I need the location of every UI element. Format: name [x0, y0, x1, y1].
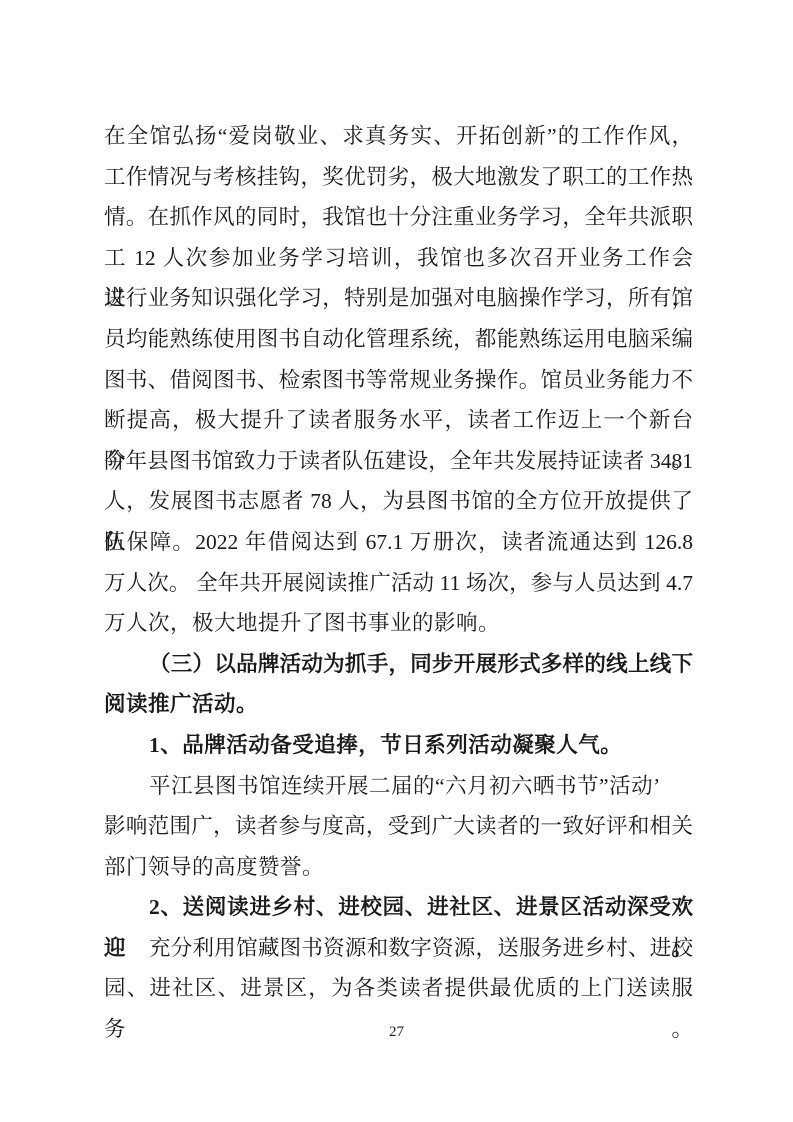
- text-line: 工作情况与考核挂钩，奖优罚劣，极大地激发了职工的工作热: [104, 157, 693, 198]
- text-line: 今年县图书馆致力于读者队伍建设，全年共发展持证读者 3481: [104, 441, 693, 482]
- text-line: 断提高，极大提升了读者服务水平，读者工作迈上一个新台阶。: [104, 400, 693, 441]
- text-line: 充分利用馆藏图书资源和数字资源，送服务进乡村、进校: [104, 928, 693, 969]
- page-number: 27: [0, 1024, 793, 1041]
- document-page: 在全馆弘扬“爱岗敬业、求真务实、开拓创新”的工作作风，工作情况与考核挂钩，奖优罚…: [0, 0, 793, 1122]
- text-line: 进行业务知识强化学习，特别是加强对电脑操作学习，所有馆: [104, 278, 693, 319]
- text-line: 图书、借阅图书、检索图书等常规业务操作。馆员业务能力不: [104, 360, 693, 401]
- text-line: 园、进社区、进景区，为各类读者提供最优质的上门送读服务。: [104, 968, 693, 1009]
- text-line: 2、送阅读进乡村、进校园、进社区、进景区活动深受欢迎。: [104, 887, 693, 928]
- text-line: 伍保障。2022 年借阅达到 67.1 万册次，读者流通达到 126.8: [104, 522, 693, 563]
- text-line: 部门领导的高度赞誉。: [104, 847, 693, 888]
- text-line: 平江县图书馆连续开展二届的“六月初六晒书节”活动’: [104, 766, 693, 807]
- text-line: 万人次，极大地提升了图书事业的影响。: [104, 603, 693, 644]
- text-line: 影响范围广，读者参与度高，受到广大读者的一致好评和相关: [104, 806, 693, 847]
- text-line: 员均能熟练使用图书自动化管理系统，都能熟练运用电脑采编: [104, 319, 693, 360]
- text-line: 在全馆弘扬“爱岗敬业、求真务实、开拓创新”的工作作风，: [104, 116, 693, 157]
- document-body: 在全馆弘扬“爱岗敬业、求真务实、开拓创新”的工作作风，工作情况与考核挂钩，奖优罚…: [104, 116, 693, 1009]
- text-line: 阅读推广活动。: [104, 684, 693, 725]
- text-line: 人，发展图书志愿者 78 人，为县图书馆的全方位开放提供了队: [104, 481, 693, 522]
- text-line: 工 12 人次参加业务学习培训，我馆也多次召开业务工作会议，: [104, 238, 693, 279]
- text-line: 情。在抓作风的同时，我馆也十分注重业务学习，全年共派职: [104, 197, 693, 238]
- text-line: 万人次。 全年共开展阅读推广活动 11 场次，参与人员达到 4.7: [104, 563, 693, 604]
- text-line: （三）以品牌活动为抓手，同步开展形式多样的线上线下: [104, 644, 693, 685]
- text-line: 1、品牌活动备受追捧，节日系列活动凝聚人气。: [104, 725, 693, 766]
